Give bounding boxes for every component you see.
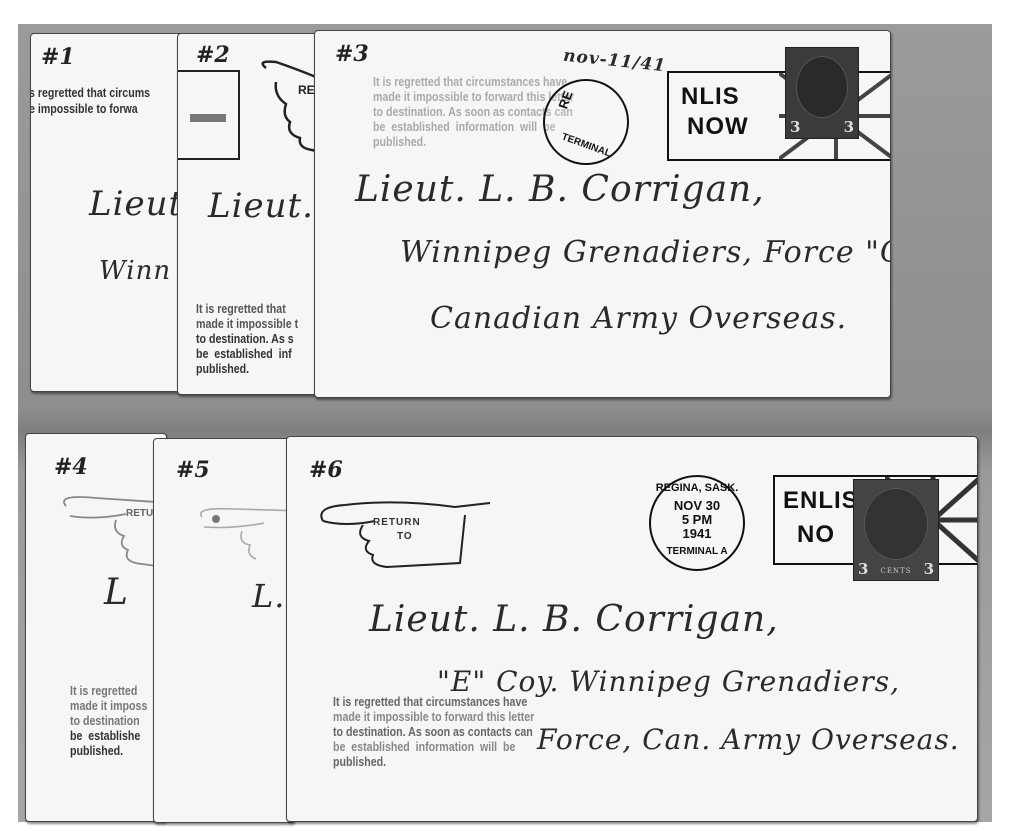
postmark: REGINA, SASK. NOV 30 5 PM 1941 TERMINAL … bbox=[649, 475, 745, 571]
slogan-text: NO bbox=[797, 521, 835, 549]
envelope-6: #6 RETURN TO REGINA, SASK. NOV 30 5 PM 1… bbox=[286, 436, 978, 822]
regret-notice-line: made it impossible to forward this lette… bbox=[373, 90, 574, 105]
handwritten-address-line: Canadian Army Overseas. bbox=[430, 301, 847, 336]
svg-text:RE: RE bbox=[298, 83, 315, 97]
envelope-number: #2 bbox=[196, 42, 230, 68]
regret-notice-line: be established inf bbox=[196, 347, 292, 362]
handwritten-address-line: Lieut. bbox=[208, 186, 314, 226]
slogan-text: NLIS bbox=[681, 83, 740, 111]
postmark-date: NOV 30 bbox=[651, 499, 743, 513]
handwritten-address-line: Winn bbox=[99, 256, 171, 286]
cancel-bar bbox=[190, 114, 226, 122]
regret-notice-line: It is regretted bbox=[70, 684, 137, 699]
pointing-hand-icon bbox=[194, 499, 295, 579]
stamp-value: 3 bbox=[924, 560, 934, 578]
stamp-value: 3 bbox=[844, 118, 854, 136]
envelope-number: #5 bbox=[176, 457, 210, 483]
envelope-number: #6 bbox=[309, 457, 343, 483]
handwritten-address-line: "E" Coy. Winnipeg Grenadiers, bbox=[437, 665, 900, 698]
envelope-number: #3 bbox=[335, 41, 369, 67]
svg-text:RETU: RETU bbox=[126, 508, 153, 519]
postmark-bottom-text: TERMINAL A bbox=[651, 545, 743, 559]
handwritten-address-line: Force, Can. Army Overseas. bbox=[537, 723, 960, 756]
handwritten-address-line: Lieut. L. B. Corrigan, bbox=[369, 599, 779, 640]
slogan-text: NOW bbox=[687, 113, 749, 141]
envelope-3: #3 nov-11/41 It is regretted that circum… bbox=[314, 30, 891, 398]
regret-notice-line: to destination. As soon as contacts can bbox=[333, 725, 533, 740]
regret-notice-line: made it impossible t bbox=[196, 317, 298, 332]
regret-notice-line: made it impossible to forward this lette… bbox=[333, 710, 534, 725]
regret-notice-line: made it imposs bbox=[70, 699, 147, 714]
handwritten-address-line: Lieut bbox=[89, 184, 183, 224]
regret-notice-line: be established information will be bbox=[333, 740, 515, 755]
postmark: RE TERMINAL bbox=[543, 79, 629, 165]
regret-notice-line: published. bbox=[70, 744, 123, 759]
regret-notice-line: published. bbox=[196, 362, 249, 377]
envelope-4: #4 RETU L It is regretted made it imposs… bbox=[25, 433, 167, 822]
stamp-value: 3 bbox=[790, 118, 800, 136]
postmark-time: 5 PM bbox=[651, 513, 743, 527]
handwritten-address-line: Winnipeg Grenadiers, Force "C", bbox=[400, 235, 891, 270]
postage-stamp: 3 3 bbox=[785, 47, 859, 139]
postmark-bottom-text: TERMINAL bbox=[545, 125, 627, 166]
handwritten-address-line: L. bbox=[252, 577, 285, 615]
regret-notice-line: e impossible to forwa bbox=[30, 102, 138, 117]
stamp-portrait bbox=[796, 56, 848, 118]
regret-notice-line: s regretted that circums bbox=[30, 86, 150, 101]
pointing-hand-icon: RETU bbox=[56, 484, 167, 574]
regret-notice-line: It is regretted that circumstances have bbox=[373, 75, 567, 90]
regret-notice-line: be established information will be bbox=[373, 120, 555, 135]
regret-notice-line: to destination. As s bbox=[196, 332, 294, 347]
envelope-number: #1 bbox=[41, 44, 75, 70]
stamp-portrait bbox=[864, 488, 928, 560]
postmark-top-text: REGINA, SASK. bbox=[651, 481, 743, 495]
slogan-text: ENLIS bbox=[783, 487, 859, 515]
handwritten-address-line: L bbox=[104, 572, 129, 613]
regret-notice-line: published. bbox=[373, 135, 426, 150]
envelope-number: #4 bbox=[54, 454, 88, 480]
regret-notice-line: It is regretted that circumstances have bbox=[333, 695, 527, 710]
regret-notice-line: published. bbox=[333, 755, 386, 770]
handwritten-address-line: Lieut. L. B. Corrigan, bbox=[355, 169, 765, 210]
postmark-year: 1941 bbox=[651, 527, 743, 541]
regret-notice-line: to destination bbox=[70, 714, 140, 729]
envelope-5: #5 L. bbox=[153, 438, 295, 823]
postage-stamp: 3 CENTS 3 bbox=[853, 479, 939, 581]
regret-notice-line: be establishe bbox=[70, 729, 140, 744]
regret-notice-line: It is regretted that bbox=[196, 302, 286, 317]
